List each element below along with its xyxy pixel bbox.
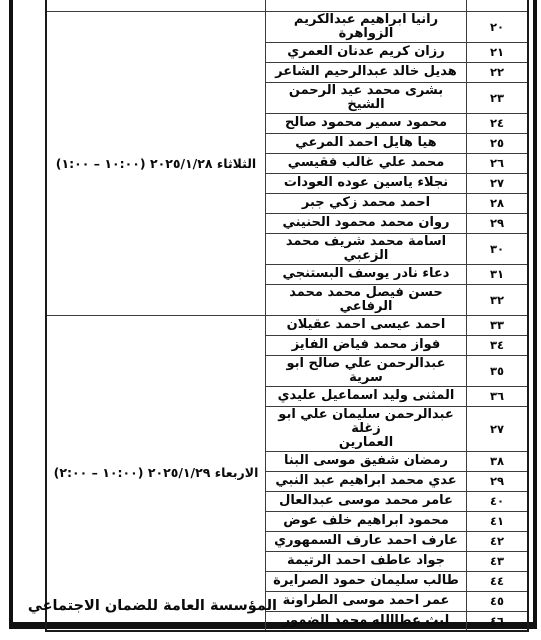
row-number: ٢٤ [467,113,529,133]
row-number: ٤٣ [467,551,529,571]
appointment-schedule-table: ٢٠رانيا ابراهيم عبدالكريم الزواهرةالثلاث… [45,0,529,632]
person-name: دعاء نادر يوسف البستنجي [266,264,467,284]
schedule-table-body: ٢٠رانيا ابراهيم عبدالكريم الزواهرةالثلاث… [46,0,528,631]
person-name: عارف احمد عارف السمهوري [266,531,467,551]
person-name: ليث عطاالله محمد الضمور [266,611,467,631]
row-number: ٢١ [467,42,529,62]
person-name [266,0,467,11]
person-name: طالب سليمان حمود الصرايرة [266,571,467,591]
person-name: محمود سمير محمود صالح [266,113,467,133]
person-name: نجلاء ياسين عوده العودات [266,173,467,193]
person-name: حسن فيصل محمد محمد الرفاعي [266,284,467,315]
person-name: عبدالرحمن سليمان علي ابو زغلة العمارين [266,406,467,451]
person-name: هيا هايل احمد المرعي [266,133,467,153]
person-name: محمود ابراهيم خلف عوض [266,511,467,531]
row-number: ٣٢ [467,284,529,315]
institution-footer: المؤسسة العامة للضمان الاجتماعي [17,598,277,614]
row-number: ٢٦ [467,153,529,173]
row-number: ٤٠ [467,491,529,511]
person-name: محمد علي غالب فقيسي [266,153,467,173]
session-date: الثلاثاء ٢٠٢٥/١/٢٨ (١٠:٠٠ – ١:٠٠) [46,11,266,315]
person-name: هديل خالد عبدالرحيم الشاعر [266,62,467,82]
row-number: ٣٠ [467,233,529,264]
row-number: ٢٢ [467,62,529,82]
person-name: فواز محمد فياض الفايز [266,335,467,355]
row-number: ٣١ [467,264,529,284]
row-number: ٢٩ [467,213,529,233]
person-name: رمضان شفيق موسى البنا [266,451,467,471]
table-row: ٢٠رانيا ابراهيم عبدالكريم الزواهرةالثلاث… [46,11,528,42]
row-number: ٢٩ [467,471,529,491]
person-name: بشرى محمد عيد الرحمن الشيخ [266,82,467,113]
row-number: ٤٦ [467,611,529,631]
person-name: عدي محمد ابراهيم عبد النبي [266,471,467,491]
person-name: المثنى وليد اسماعيل عليدي [266,386,467,406]
session-date: الاربعاء ٢٠٢٥/١/٢٩ (١٠:٠٠ – ٢:٠٠) [46,315,266,631]
row-number: ٣٤ [467,335,529,355]
person-name: عمر احمد موسى الطراونة [266,591,467,611]
row-number: ٢٧ [467,406,529,451]
row-number: ٤٢ [467,531,529,551]
person-name: احمد عيسى احمد عقيلان [266,315,467,335]
row-number: ٣٦ [467,386,529,406]
table-row: ٣٣احمد عيسى احمد عقيلانالاربعاء ٢٠٢٥/١/٢… [46,315,528,335]
row-number: ٤١ [467,511,529,531]
session-date [46,0,266,11]
cut-off-top-row [46,0,528,11]
person-name: رانيا ابراهيم عبدالكريم الزواهرة [266,11,467,42]
row-number: ٢٣ [467,82,529,113]
row-number: ٤٤ [467,571,529,591]
row-number: ٣٥ [467,355,529,386]
person-name: اسامة محمد شريف محمد الزعبي [266,233,467,264]
person-name: رزان كريم عدنان العمري [266,42,467,62]
person-name: جواد عاطف احمد الرتيمة [266,551,467,571]
row-number: ٢٧ [467,173,529,193]
row-number [467,0,529,11]
person-name: عبدالرحمن علي صالح ابو سرية [266,355,467,386]
row-number: ٢٥ [467,133,529,153]
person-name: روان محمد محمود الحنيني [266,213,467,233]
person-name: احمد محمد زكي جبر [266,193,467,213]
row-number: ٣٨ [467,451,529,471]
row-number: ٢٠ [467,11,529,42]
row-number: ٣٣ [467,315,529,335]
person-name: عامر محمد موسى عبدالعال [266,491,467,511]
document-page: ٢٠رانيا ابراهيم عبدالكريم الزواهرةالثلاث… [0,0,541,640]
row-number: ٢٨ [467,193,529,213]
row-number: ٤٥ [467,591,529,611]
